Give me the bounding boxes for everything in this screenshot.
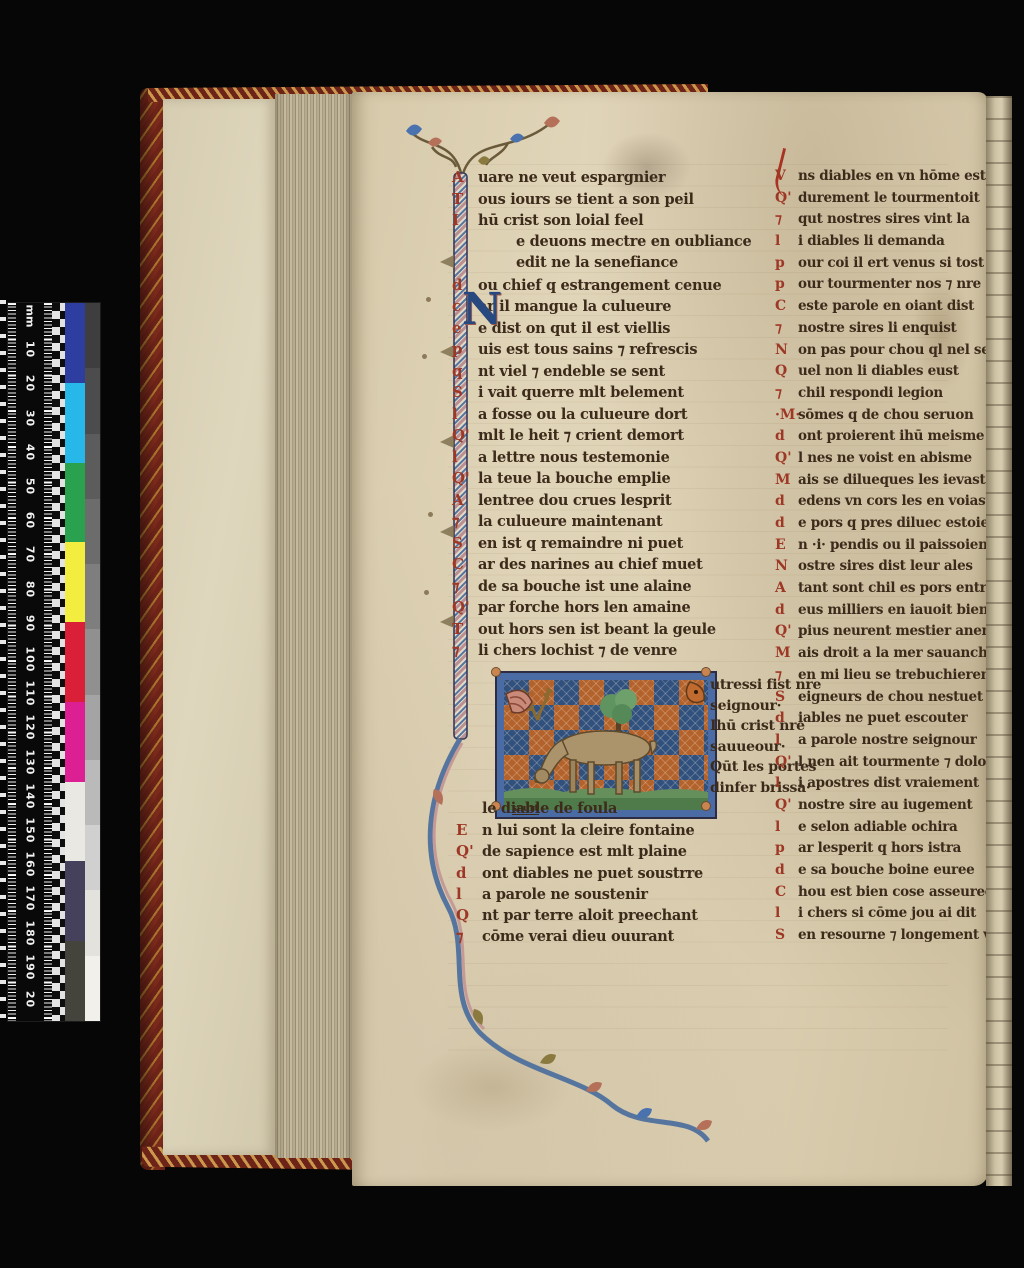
ruler-number: 50 bbox=[24, 476, 37, 498]
verse-line: Ceste parole en oiant dist bbox=[775, 298, 988, 320]
verse-text: en resourne ⁊ longement vit bbox=[798, 927, 988, 943]
verse-line: Auare ne veut espargnier bbox=[452, 168, 787, 190]
ruler-ticks-right bbox=[44, 303, 52, 1021]
ruler-number: 170 bbox=[24, 886, 37, 908]
verse-line: Q'l nes ne voist en abisme bbox=[775, 450, 988, 472]
verse-text: i chers si cōme jou ai dit bbox=[798, 905, 976, 921]
line-initial: S bbox=[452, 534, 478, 552]
verse-text: ont diables ne puet soustrre bbox=[482, 865, 703, 882]
verse-line: pour tourmenter nos ⁊ nre ost bbox=[775, 276, 988, 298]
ruler-number: 120 bbox=[24, 715, 37, 737]
line-initial: Q bbox=[456, 906, 482, 924]
line-initial: T bbox=[452, 190, 478, 208]
verse-line: par lesperit q hors istra bbox=[775, 840, 988, 862]
verse-text: i apostres dist vraiement bbox=[798, 775, 979, 791]
right-text-column: Vns diables en vn hōme estoitQ'durement … bbox=[775, 168, 988, 949]
ruler-number: 80 bbox=[24, 578, 37, 600]
line-initial: Q bbox=[775, 363, 798, 379]
verse-text: ar lesperit q hors istra bbox=[798, 840, 961, 856]
verse-line: puis est tous sains ⁊ refrescis bbox=[452, 340, 787, 362]
verse-line: Q'de sapience est mlt plaine bbox=[456, 842, 791, 863]
line-initial: p bbox=[452, 340, 478, 358]
verse-line: de pors q pres diluec estoient bbox=[775, 515, 988, 537]
verse-line: Q'pius neurent mestier anen bbox=[775, 623, 988, 645]
verse-text: e selon adiable ochira bbox=[798, 819, 957, 835]
verse-line: Atant sont chil es pors entres bbox=[775, 580, 988, 602]
verse-text: ais se dilueques les ievast bbox=[798, 472, 985, 488]
verse-text: en ist q remaindre ni puet bbox=[478, 535, 683, 552]
verse-text: uare ne veut espargnier bbox=[478, 169, 665, 186]
historiated-initial-A-miniature bbox=[497, 673, 715, 817]
line-initial: d bbox=[456, 864, 482, 882]
line-initial: A bbox=[452, 491, 478, 509]
verse-text: a parole ne soustenir bbox=[482, 886, 648, 903]
verse-line: ⁊qut nostres sires vint la bbox=[775, 211, 988, 233]
verse-text: i diables li demanda bbox=[798, 233, 945, 249]
ruler-number: 70 bbox=[24, 544, 37, 566]
line-initial: Q' bbox=[775, 190, 798, 206]
verse-line: li chers si cōme jou ai dit bbox=[775, 905, 988, 927]
frame-corner-ornament bbox=[702, 668, 710, 676]
line-initial: l bbox=[775, 233, 798, 249]
verse-text: uel non li diables eust bbox=[798, 363, 959, 379]
verse-line: Si vait querre mlt belement bbox=[452, 383, 787, 405]
ruler-edge-dashes bbox=[0, 300, 6, 1022]
line-initial: d bbox=[775, 493, 798, 509]
verse-text: e pors q pres diluec estoient bbox=[798, 515, 988, 531]
gray-step-3 bbox=[85, 434, 100, 499]
line-initial: d bbox=[775, 602, 798, 618]
verse-line: edit ne la senefiance bbox=[452, 254, 787, 276]
line-initial: Q' bbox=[775, 450, 798, 466]
verse-line: Q'durement le tourmentoit bbox=[775, 190, 988, 212]
verse-text: ont proierent ihū meisme bbox=[798, 428, 984, 444]
verse-text: a fosse ou la culueure dort bbox=[478, 406, 687, 423]
color-patch-red bbox=[65, 622, 85, 702]
verse-text: our tourmenter nos ⁊ nre ost bbox=[798, 276, 988, 292]
verse-line: Tout hors sen ist beant la geule bbox=[452, 620, 787, 642]
line-initial: p bbox=[775, 276, 798, 292]
manuscript-page: Auare ne veut espargnierTous iours se ti… bbox=[352, 92, 988, 1186]
line-initial: Q' bbox=[775, 754, 798, 770]
page-stack-fore-edge bbox=[275, 94, 353, 1158]
ruler-number: 110 bbox=[24, 681, 37, 703]
color-patch-white bbox=[65, 782, 85, 862]
verse-line: de sa bouche boine euree bbox=[775, 862, 988, 884]
line-initial: S bbox=[775, 927, 798, 943]
verse-text: qut nostres sires vint la bbox=[798, 211, 970, 227]
verse-text: hū crist son loial feel bbox=[478, 212, 643, 229]
ruler-number: 100 bbox=[24, 647, 37, 669]
line-initial: l bbox=[452, 405, 478, 423]
ruler-number: 90 bbox=[24, 612, 37, 634]
verse-text: on pas pour chou ql nel seust bbox=[798, 342, 988, 358]
line-initial: N bbox=[775, 558, 798, 574]
verse-text: l nes ne voist en abisme bbox=[798, 450, 972, 466]
verse-line: Non pas pour chou ql nel seust bbox=[775, 342, 988, 364]
ruler-number: 60 bbox=[24, 510, 37, 532]
verse-line: ⁊nostre sires li enquist bbox=[775, 320, 988, 342]
verse-line: pour coi il ert venus si tost bbox=[775, 255, 988, 277]
verse-text: nostre sire au iugement bbox=[798, 797, 972, 813]
line-initial: ⁊ bbox=[452, 577, 478, 595]
verse-line: qnt viel ⁊ endeble se sent bbox=[452, 362, 787, 384]
verse-line: En ·i· pendis ou il paissoient bbox=[775, 537, 988, 559]
line-initial: d bbox=[775, 710, 798, 726]
line-initial: E bbox=[456, 821, 482, 839]
verse-line: Q'la teue la bouche emplie bbox=[452, 469, 787, 491]
verse-line: Q'par forche hors len amaine bbox=[452, 598, 787, 620]
verse-text: l nen ait tourmente ⁊ dolour bbox=[798, 754, 988, 770]
gray-step-1 bbox=[85, 303, 100, 368]
ruler-number: 140 bbox=[24, 783, 37, 805]
gray-step-2 bbox=[85, 368, 100, 433]
ruler-number: 180 bbox=[24, 920, 37, 942]
line-initial: A bbox=[452, 168, 478, 186]
line-initial: Q' bbox=[775, 797, 798, 813]
photograph-of-manuscript: mm 1020304050607080901001101201301401501… bbox=[0, 0, 1024, 1268]
verse-text: sauueour· bbox=[710, 739, 785, 755]
verse-line: Alentree dou crues lesprit bbox=[452, 491, 787, 513]
verse-text: edens vn cors les en voiast bbox=[798, 493, 988, 509]
line-initial: d bbox=[775, 515, 798, 531]
flyleaf-page bbox=[163, 99, 275, 1155]
verse-text: hou est bien cose asseuree bbox=[798, 884, 988, 900]
verse-text: e dist on qut il est viellis bbox=[478, 320, 670, 337]
line-initial: l bbox=[456, 885, 482, 903]
verse-text: a parole nostre seignour bbox=[798, 732, 977, 748]
color-patch-yellow bbox=[65, 542, 85, 622]
verse-line: deus milliers en iauoit bien bbox=[775, 602, 988, 624]
verse-line: En lui sont la cleire fontaine bbox=[456, 821, 791, 842]
verse-text: i vait querre mlt belement bbox=[478, 384, 684, 401]
verse-line: Sen ist q remaindre ni puet bbox=[452, 534, 787, 556]
line-initial: V bbox=[775, 168, 798, 184]
line-initial: ⁊ bbox=[456, 927, 482, 945]
verse-line: ⁊de sa bouche ist une alaine bbox=[452, 577, 787, 599]
verse-line: la parole nostre seignour bbox=[775, 732, 988, 754]
color-patch-slate bbox=[65, 861, 85, 941]
line-initial: ⁊ bbox=[775, 667, 798, 683]
verse-line: la parole ne soustenir bbox=[456, 885, 791, 906]
left-text-column-bottom: le diable de foulaEn lui sont la cleire … bbox=[456, 800, 791, 948]
verse-line: diables ne puet escouter bbox=[775, 710, 988, 732]
line-initial: T bbox=[452, 620, 478, 638]
gray-step-5 bbox=[85, 564, 100, 629]
line-initial: l bbox=[775, 732, 798, 748]
gray-step-10 bbox=[85, 890, 100, 955]
verse-line: Mais droit a la mer sauanchierent bbox=[775, 645, 988, 667]
verse-text: le diable de foula bbox=[482, 800, 617, 817]
ruler-sawtooth-pattern bbox=[52, 303, 65, 1021]
ruler-number: 10 bbox=[24, 339, 37, 361]
line-initial: Q' bbox=[775, 623, 798, 639]
frame-corner-ornament bbox=[492, 668, 500, 676]
verse-text: ar des narines au chief muet bbox=[478, 556, 703, 573]
book-binding-left-edge bbox=[140, 88, 165, 1170]
verse-text: pius neurent mestier anen bbox=[798, 623, 988, 639]
line-initial: l bbox=[775, 775, 798, 791]
line-initial: A bbox=[775, 580, 798, 596]
line-initial: l bbox=[775, 819, 798, 835]
verse-line: ⁊li chers lochist ⁊ de venre bbox=[452, 641, 787, 663]
color-calibration-bar: mm 1020304050607080901001101201301401501… bbox=[8, 303, 100, 1021]
line-initial: C bbox=[775, 884, 798, 900]
ruler-number: 40 bbox=[24, 441, 37, 463]
verse-line: Nostre sires dist leur ales bbox=[775, 558, 988, 580]
verse-line: Quel non li diables eust bbox=[775, 363, 988, 385]
ivy-leaves-top bbox=[406, 116, 560, 164]
left-text-column-top: Auare ne veut espargnierTous iours se ti… bbox=[452, 168, 787, 663]
line-initial: p bbox=[775, 840, 798, 856]
verse-text: e sa bouche boine euree bbox=[798, 862, 974, 878]
verse-text: sōmes q de chou seruon bbox=[798, 407, 974, 423]
ruler-number: 190 bbox=[24, 954, 37, 976]
line-initial: E bbox=[775, 537, 798, 553]
line-initial: M bbox=[775, 645, 798, 661]
line-initial: Q' bbox=[456, 842, 482, 860]
line-initial: C bbox=[775, 298, 798, 314]
verse-line: dont diables ne puet soustrre bbox=[456, 864, 791, 885]
verse-text: seignour· bbox=[710, 698, 781, 714]
verse-line: li apostres dist vraiement bbox=[775, 775, 988, 797]
verse-text: chil respondi legion bbox=[798, 385, 943, 401]
verse-line: Q'nostre sire au iugement bbox=[775, 797, 988, 819]
ruler-unit-label: mm bbox=[24, 305, 37, 327]
line-initial: ·M· bbox=[775, 407, 798, 423]
line-initial: I bbox=[452, 211, 478, 229]
mm-ruler: mm 1020304050607080901001101201301401501… bbox=[8, 303, 52, 1021]
verse-text: nt par terre aloit preechant bbox=[482, 907, 698, 924]
line-initial: C bbox=[452, 555, 478, 573]
verse-line: Sen resourne ⁊ longement vit bbox=[775, 927, 988, 949]
gray-step-8 bbox=[85, 760, 100, 825]
verse-line: ⁊chil respondi legion bbox=[775, 385, 988, 407]
verse-text: la culueure maintenant bbox=[478, 513, 662, 530]
next-page-edge bbox=[986, 96, 1012, 1186]
ruler-number: 130 bbox=[24, 749, 37, 771]
verse-text: nostre sires li enquist bbox=[798, 320, 956, 336]
verse-text: ous iours se tient a son peil bbox=[478, 191, 694, 208]
ruler-number: 20 bbox=[24, 989, 37, 1011]
verse-text: en mi lieu se trebuchierent bbox=[798, 667, 988, 683]
line-initial: ⁊ bbox=[775, 320, 798, 336]
ruler-ticks-left bbox=[8, 303, 16, 1021]
verse-line: dedens vn cors les en voiast bbox=[775, 493, 988, 515]
line-initial: Q' bbox=[452, 598, 478, 616]
verse-text: cōme verai dieu ouurant bbox=[482, 928, 674, 945]
line-initial: Q' bbox=[452, 426, 478, 444]
verse-line: ⁊cōme verai dieu ouurant bbox=[456, 927, 791, 948]
verse-text: uis est tous sains ⁊ refrescis bbox=[478, 341, 697, 358]
verse-line: ee dist on qut il est viellis bbox=[452, 319, 787, 341]
verse-text: par forche hors len amaine bbox=[478, 599, 690, 616]
verse-text: n ·i· pendis ou il paissoient bbox=[798, 537, 988, 553]
verse-line: la fosse ou la culueure dort bbox=[452, 405, 787, 427]
verse-text: ostre sires dist leur ales bbox=[798, 558, 973, 574]
verse-text: edit ne la senefiance bbox=[516, 254, 678, 271]
gray-step-7 bbox=[85, 695, 100, 760]
verse-line: Car des narines au chief muet bbox=[452, 555, 787, 577]
ruler-number: 20 bbox=[24, 373, 37, 395]
line-initial: d bbox=[775, 862, 798, 878]
line-initial: l bbox=[775, 905, 798, 921]
verse-line: Qnt par terre aloit preechant bbox=[456, 906, 791, 927]
line-initial: S bbox=[452, 383, 478, 401]
verse-line: Tous iours se tient a son peil bbox=[452, 190, 787, 212]
line-initial: d bbox=[775, 428, 798, 444]
color-patch-magenta bbox=[65, 702, 85, 782]
line-initial: M bbox=[775, 472, 798, 488]
verse-text: mlt le heit ⁊ crient demort bbox=[478, 427, 684, 444]
verse-line: la lettre nous testemonie bbox=[452, 448, 787, 470]
color-patch-column bbox=[65, 303, 85, 1021]
color-patch-blue bbox=[65, 303, 85, 383]
verse-text: durement le tourmentoit bbox=[798, 190, 980, 206]
ruler-number: 150 bbox=[24, 818, 37, 840]
verse-line: li diables li demanda bbox=[775, 233, 988, 255]
verse-text: ns diables en vn hōme estoit bbox=[798, 168, 988, 184]
verse-line: ⁊en mi lieu se trebuchierent bbox=[775, 667, 988, 689]
verse-line: Q'l nen ait tourmente ⁊ dolour bbox=[775, 754, 988, 776]
ruler-number: 160 bbox=[24, 852, 37, 874]
line-initial: l bbox=[452, 448, 478, 466]
line-initial: S bbox=[775, 689, 798, 705]
gray-step-4 bbox=[85, 499, 100, 564]
verse-line: ⁊la culueure maintenant bbox=[452, 512, 787, 534]
verse-line: car il mangue la culueure bbox=[452, 297, 787, 319]
line-initial: ⁊ bbox=[775, 385, 798, 401]
verse-text: este parole en oiant dist bbox=[798, 298, 974, 314]
color-patch-cyan bbox=[65, 383, 85, 463]
line-initial: p bbox=[775, 255, 798, 271]
verse-text: our coi il ert venus si tost bbox=[798, 255, 984, 271]
verse-text: nt viel ⁊ endeble se sent bbox=[478, 363, 665, 380]
line-initial: ⁊ bbox=[452, 512, 478, 530]
verse-line: e deuons mectre en oubliance bbox=[452, 233, 787, 255]
verse-text: li chers lochist ⁊ de venre bbox=[478, 642, 677, 659]
verse-text: tant sont chil es pors entres bbox=[798, 580, 988, 596]
gray-step-11 bbox=[85, 956, 100, 1021]
verse-line: Ihū crist son loial feel bbox=[452, 211, 787, 233]
verse-line: le selon adiable ochira bbox=[775, 819, 988, 841]
color-patch-green bbox=[65, 463, 85, 543]
dragon-head-ornament bbox=[686, 682, 704, 703]
verse-text: ou chief q estrangement cenue bbox=[478, 277, 721, 294]
gray-step-6 bbox=[85, 629, 100, 694]
gray-step-9 bbox=[85, 825, 100, 890]
grayscale-step-column bbox=[85, 303, 100, 1021]
verse-line: Mais se dilueques les ievast bbox=[775, 472, 988, 494]
ruler-number: 30 bbox=[24, 407, 37, 429]
line-initial: ⁊ bbox=[775, 211, 798, 227]
line-initial: N bbox=[775, 342, 798, 358]
verse-line: Vns diables en vn hōme estoit bbox=[775, 168, 988, 190]
line-initial: Q' bbox=[452, 469, 478, 487]
verse-text: e deuons mectre en oubliance bbox=[516, 233, 751, 250]
illuminated-initial-N: N bbox=[462, 288, 502, 332]
verse-text: a lettre nous testemonie bbox=[478, 449, 670, 466]
verse-text: n lui sont la cleire fontaine bbox=[482, 822, 694, 839]
verse-line: dont proierent ihū meisme bbox=[775, 428, 988, 450]
verse-text: out hors sen ist beant la geule bbox=[478, 621, 716, 638]
verse-text: de sa bouche ist une alaine bbox=[478, 578, 691, 595]
line-initial: q bbox=[452, 362, 478, 380]
verse-text: iables ne puet escouter bbox=[798, 710, 967, 726]
verse-line: dou chief q estrangement cenue bbox=[452, 276, 787, 298]
color-patch-dark-gray bbox=[65, 941, 85, 1021]
verse-line: Chou est bien cose asseuree bbox=[775, 884, 988, 906]
verse-text: eus milliers en iauoit bien bbox=[798, 602, 988, 618]
verse-text: ais droit a la mer sauanchierent bbox=[798, 645, 988, 661]
verse-text: ar il mangue la culueure bbox=[478, 298, 671, 315]
verse-text: eigneurs de chou nestuet dont bbox=[798, 689, 988, 705]
verse-line: Q'mlt le heit ⁊ crient demort bbox=[452, 426, 787, 448]
verse-text: lentree dou crues lesprit bbox=[478, 492, 671, 509]
verse-text: de sapience est mlt plaine bbox=[482, 843, 687, 860]
verse-line: Seigneurs de chou nestuet dont bbox=[775, 689, 988, 711]
verse-text: la teue la bouche emplie bbox=[478, 470, 670, 487]
verse-line: ·M·sōmes q de chou seruon bbox=[775, 407, 988, 429]
verse-line: le diable de foula bbox=[456, 800, 791, 821]
line-initial: ⁊ bbox=[452, 641, 478, 659]
